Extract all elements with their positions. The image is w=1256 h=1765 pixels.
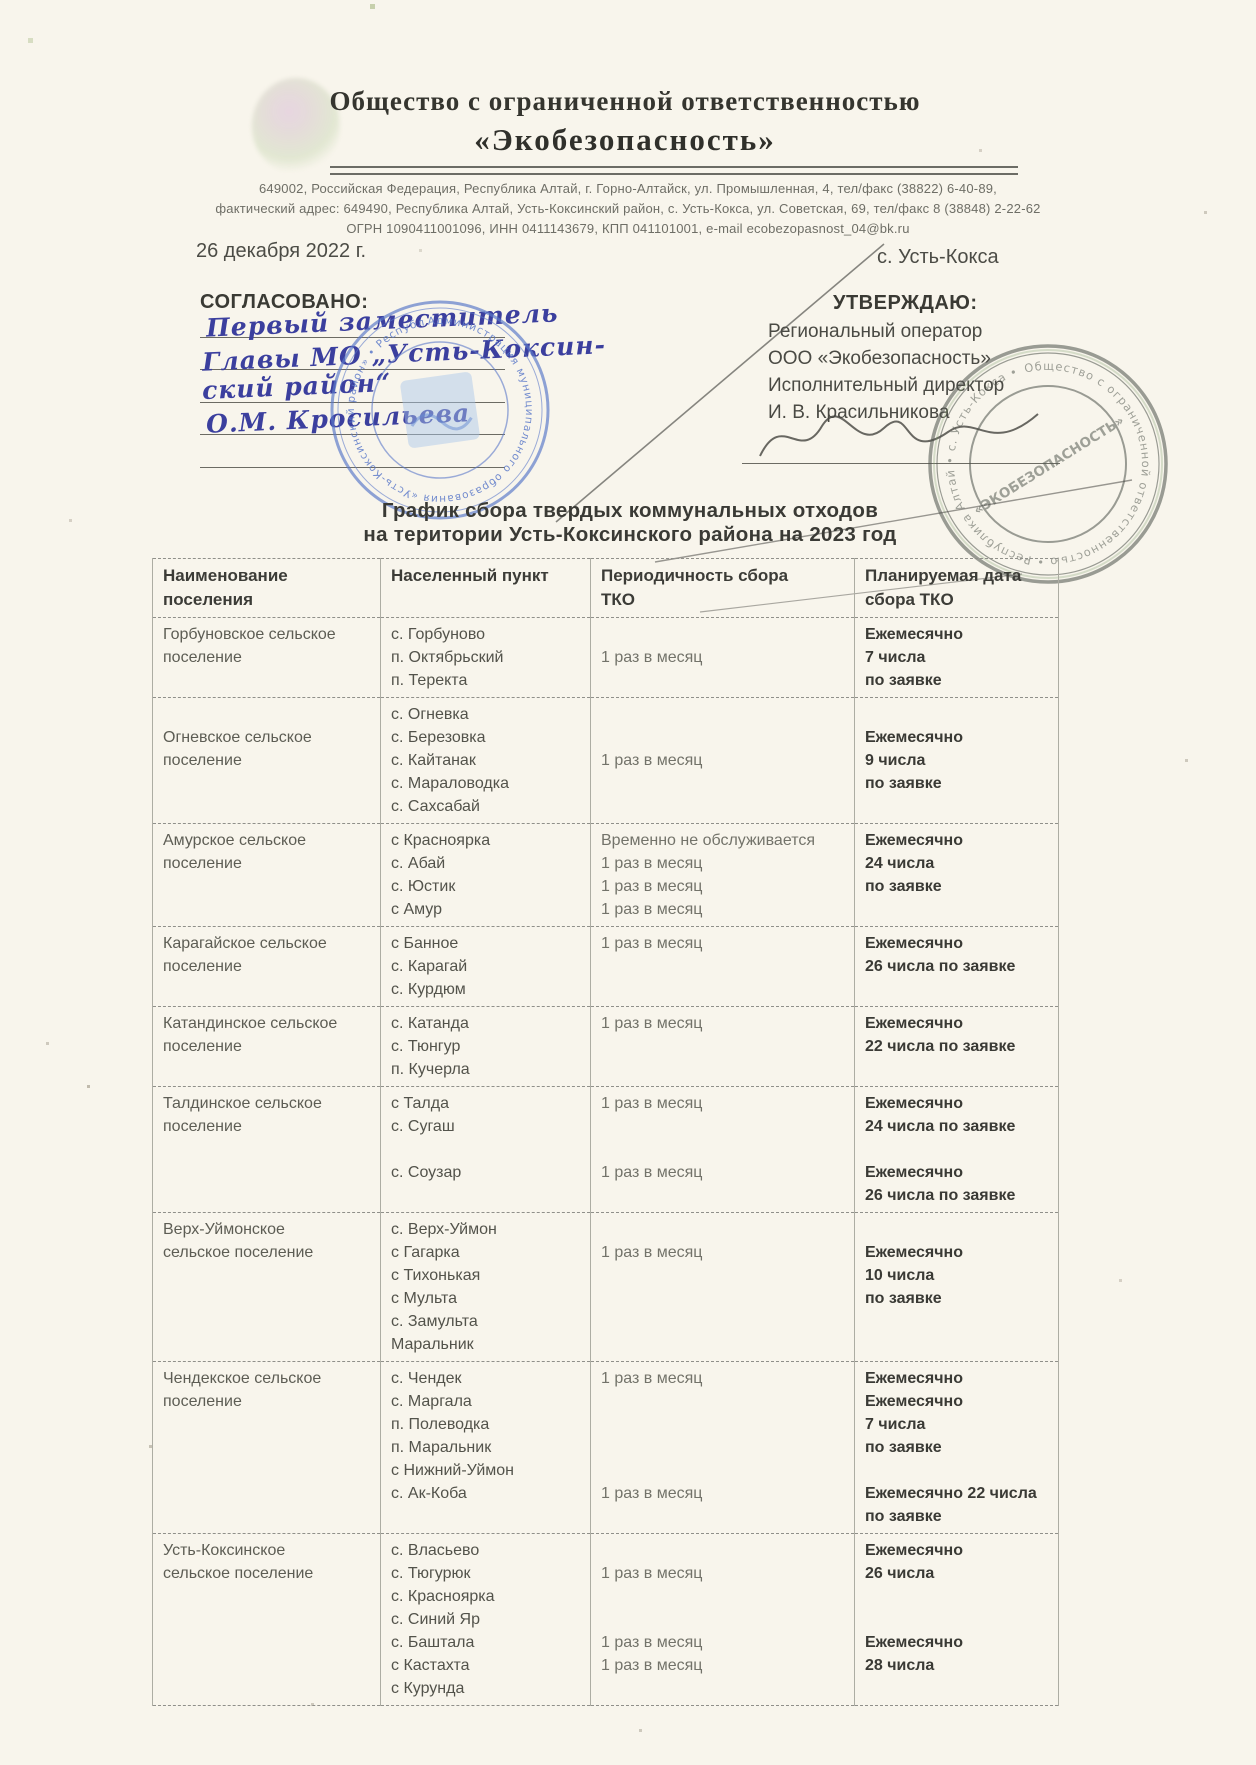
cell-line: поселение [163,955,370,978]
cell-settlement: Горбуновское сельскоепоселение [153,618,381,698]
header-locality: Населенный пункт [381,559,591,618]
cell-line: 1 раз в месяц [601,1482,844,1505]
document-title-line-2: на територии Усть-Коксинского района на … [280,523,980,547]
cell-line: 1 раз в месяц [601,932,844,955]
cell-line: 1 раз в месяц [601,852,844,875]
table-row: Катандинское сельскоепоселениес. Катанда… [153,1007,1059,1087]
cell-line: Катандинское сельское [163,1012,370,1035]
table-row: Амурское сельскоепоселениес Краснояркас.… [153,824,1059,927]
cell-line [601,1608,844,1631]
cell-line: с. Верх-Уймон [391,1218,580,1241]
cell-line [601,726,844,749]
cell-line [865,703,1048,726]
cell-line: с. Горбуново [391,623,580,646]
cell-line: с. Карагай [391,955,580,978]
cell-line: с. Соузар [391,1161,580,1184]
cell-line: 26 числа [865,1562,1048,1585]
cell-line: с Кастахта [391,1654,580,1677]
cell-line [601,1677,844,1700]
cell-line: с Амур [391,898,580,921]
cell-line: 1 раз в месяц [601,1241,844,1264]
cell-localities: с Банноес. Карагайс. Курдюм [381,927,591,1007]
cell-line: сельское поселение [163,1562,370,1585]
cell-line: 1 раз в месяц [601,1161,844,1184]
cell-localities: с. Огневкас. Березовкас. Кайтанакс. Мара… [381,698,591,824]
cell-line [601,1287,844,1310]
cell-line [601,1115,844,1138]
cell-line: с Гагарка [391,1241,580,1264]
cell-localities: с Талдас. Сугаш с. Соузар [381,1087,591,1213]
cell-line [601,795,844,818]
table-row: Огневское сельскоепоселениес. Огневкас. … [153,698,1059,824]
cell-line [865,1310,1048,1333]
cell-line [601,1310,844,1333]
cell-line: с. Березовка [391,726,580,749]
cell-line: поселение [163,1115,370,1138]
schedule-table: Наименование поселения Населенный пункт … [152,558,1059,1706]
cell-localities: с. Горбуновоп. Октябрьскийп. Теректа [381,618,591,698]
cell-date: Ежемесячно10 числапо заявке [855,1213,1059,1362]
cell-line: с. Тюгурюк [391,1562,580,1585]
cell-line: Ежемесячно [865,1631,1048,1654]
table-header-row: Наименование поселения Населенный пункт … [153,559,1059,618]
schedule-table-wrap: Наименование поселения Населенный пункт … [152,558,1059,1706]
cell-line [601,623,844,646]
cell-line: 1 раз в месяц [601,1092,844,1115]
cell-line: 9 числа [865,749,1048,772]
cell-line: 1 раз в месяц [601,875,844,898]
cell-line: Ежемесячно [865,726,1048,749]
cell-line: 1 раз в месяц [601,646,844,669]
cell-date: Ежемесячно22 числа по заявке [855,1007,1059,1087]
cell-line: 28 числа [865,1654,1048,1677]
cell-date: Ежемесячно9 числапо заявке [855,698,1059,824]
cell-settlement: Усть-Коксинскоесельское поселение [153,1534,381,1706]
cell-line: п. Полеводка [391,1413,580,1436]
cell-line: по заявке [865,1505,1048,1528]
cell-line: Ежемесячно [865,1161,1048,1184]
cell-line: поселение [163,852,370,875]
cell-line: поселение [163,749,370,772]
cell-line [601,978,844,1001]
cell-line: по заявке [865,1436,1048,1459]
cell-line [865,1459,1048,1482]
cell-localities: с. Власьевос. Тюгурюкс. Краснояркас. Син… [381,1534,591,1706]
cell-line: по заявке [865,875,1048,898]
cell-line: Карагайское сельское [163,932,370,955]
cell-line: Верх-Уймонское [163,1218,370,1241]
cell-line: 7 числа [865,646,1048,669]
cell-line: с. Сугаш [391,1115,580,1138]
cell-line: Ежемесячно [865,1367,1048,1390]
cell-line: п. Теректа [391,669,580,692]
cell-line: с. Сахсабай [391,795,580,818]
cell-date: ЕжемесячноЕжемесячно7 числапо заявке Еже… [855,1362,1059,1534]
letterhead-rule [330,166,1018,175]
cell-line: Ежемесячно [865,1241,1048,1264]
cell-line: Ежемесячно [865,829,1048,852]
cell-line [865,1677,1048,1700]
cell-line: 24 числа [865,852,1048,875]
cell-line: с. Курдюм [391,978,580,1001]
cell-date: Ежемесячно26 числа Ежемесячно28 числа [855,1534,1059,1706]
table-row: Талдинское сельскоепоселениес Талдас. Су… [153,1087,1059,1213]
cell-line [865,1585,1048,1608]
org-type-line: Общество с ограниченной ответственностью [150,86,1100,117]
cell-line [865,898,1048,921]
cell-line: Амурское сельское [163,829,370,852]
cell-line: п. Маральник [391,1436,580,1459]
cell-line: Ежемесячно 22 числа [865,1482,1048,1505]
cell-line [601,1333,844,1356]
cell-settlement: Катандинское сельскоепоселение [153,1007,381,1087]
org-name-line: «Экобезопасность» [150,122,1100,158]
cell-line: Временно не обслуживается [601,829,844,852]
cell-frequency: 1 раз в месяц [591,1213,855,1362]
cell-line [601,955,844,978]
cell-line [865,1333,1048,1356]
cell-line: по заявке [865,772,1048,795]
cell-date: Ежемесячно7 числапо заявке [855,618,1059,698]
cell-line: с. Кайтанак [391,749,580,772]
header-frequency: Периодичность сбора ТКО [591,559,855,618]
scan-speckles [0,0,1,1]
cell-line: 26 числа по заявке [865,1184,1048,1207]
cell-frequency: Временно не обслуживается1 раз в месяц1 … [591,824,855,927]
cell-localities: с Краснояркас. Абайс. Юстикс Амур [381,824,591,927]
cell-line: с Нижний-Уймон [391,1459,580,1482]
cell-line: 22 числа по заявке [865,1035,1048,1058]
cell-line: Ежемесячно [865,623,1048,646]
cell-line: с Банное [391,932,580,955]
cell-line [601,703,844,726]
cell-line: с. Юстик [391,875,580,898]
cell-line: с. Огневка [391,703,580,726]
cell-line: 1 раз в месяц [601,1631,844,1654]
cell-line: поселение [163,1390,370,1413]
cell-line [601,669,844,692]
cell-settlement: Карагайское сельскоепоселение [153,927,381,1007]
cell-frequency: 1 раз в месяц 1 раз в месяц1 раз в месяц [591,1534,855,1706]
scanned-document-page: Общество с ограниченной ответственностью… [0,0,1256,1765]
cell-line [391,1138,580,1161]
cell-line: 1 раз в месяц [601,1562,844,1585]
header-settlement: Наименование поселения [153,559,381,618]
cell-line: Ежемесячно [865,1539,1048,1562]
cell-line [601,1058,844,1081]
cell-line: Ежемесячно [865,1012,1048,1035]
cell-settlement: Верх-Уймонскоесельское поселение [153,1213,381,1362]
cell-line: с. Мараловодка [391,772,580,795]
cell-line: Усть-Коксинское [163,1539,370,1562]
cell-line: с. Катанда [391,1012,580,1035]
cell-settlement: Талдинское сельскоепоселение [153,1087,381,1213]
cell-line [865,978,1048,1001]
cell-date: Ежемесячно26 числа по заявке [855,927,1059,1007]
cell-settlement: Амурское сельскоепоселение [153,824,381,927]
cell-line: 1 раз в месяц [601,1012,844,1035]
table-row: Усть-Коксинскоесельское поселениес. Влас… [153,1534,1059,1706]
cell-line [601,1138,844,1161]
cell-localities: с. Верх-Уймонс Гагаркас Тихонькаяс Мульт… [381,1213,591,1362]
header-date: Планируемая дата сбора ТКО [855,559,1059,618]
cell-frequency: 1 раз в месяц [591,927,855,1007]
cell-line [601,1585,844,1608]
cell-line: сельское поселение [163,1241,370,1264]
cell-line: по заявке [865,669,1048,692]
cell-line: с. Баштала [391,1631,580,1654]
address-line-2: фактический адрес: 649490, Республика Ал… [63,199,1193,219]
table-row: Чендекское сельскоепоселениес. Чендекс. … [153,1362,1059,1534]
cell-line: Ежемесячно [865,932,1048,955]
cell-line: с. Власьево [391,1539,580,1562]
cell-localities: с. Катандас. Тюнгурп. Кучерла [381,1007,591,1087]
cell-frequency: 1 раз в месяц [591,698,855,824]
cell-line [601,1264,844,1287]
document-date: 26 декабря 2022 г. [196,240,366,263]
cell-line: с Тихонькая [391,1264,580,1287]
table-row: Горбуновское сельскоепоселениес. Горбуно… [153,618,1059,698]
cell-line: п. Октябрьский [391,646,580,669]
cell-line: по заявке [865,1287,1048,1310]
cell-line [865,1608,1048,1631]
cell-line: Талдинское сельское [163,1092,370,1115]
cell-line: Маральник [391,1333,580,1356]
cell-line: с. Ак-Коба [391,1482,580,1505]
cell-line [865,1058,1048,1081]
cell-line: Горбуновское сельское [163,623,370,646]
cell-line: п. Кучерла [391,1058,580,1081]
cell-frequency: 1 раз в месяц 1 раз в месяц [591,1362,855,1534]
cell-line [865,1218,1048,1241]
cell-line: с. Синий Яр [391,1608,580,1631]
cell-date: Ежемесячно24 числапо заявке [855,824,1059,927]
cell-line: Огневское сельское [163,726,370,749]
cell-line: 1 раз в месяц [601,1654,844,1677]
cell-localities: с. Чендекс. Маргалап. Полеводкап. Мараль… [381,1362,591,1534]
cell-line [601,1035,844,1058]
cell-line: с Мульта [391,1287,580,1310]
cell-line: с. Чендек [391,1367,580,1390]
cell-line: с Красноярка [391,829,580,852]
cell-line [601,1539,844,1562]
cell-line [601,1390,844,1413]
cell-line: с Талда [391,1092,580,1115]
cell-line [865,795,1048,818]
cell-line: 7 числа [865,1413,1048,1436]
cell-line: 10 числа [865,1264,1048,1287]
cell-line: Чендекское сельское [163,1367,370,1390]
cell-line: с. Замульта [391,1310,580,1333]
cell-line [163,703,370,726]
signature-line [200,467,505,468]
cell-line [865,1138,1048,1161]
cell-line: с. Маргала [391,1390,580,1413]
cell-line: 1 раз в месяц [601,1367,844,1390]
table-row: Верх-Уймонскоесельское поселениес. Верх-… [153,1213,1059,1362]
cell-line: 24 числа по заявке [865,1115,1048,1138]
cell-line [601,1459,844,1482]
handwritten-line: О.М. Кросильева [205,398,470,438]
document-title-line-1: График сбора твердых коммунальных отходо… [280,499,980,523]
cell-frequency: 1 раз в месяц [591,618,855,698]
cell-line: с. Тюнгур [391,1035,580,1058]
cell-line: 1 раз в месяц [601,749,844,772]
cell-settlement: Чендекское сельскоепоселение [153,1362,381,1534]
cell-line: Ежемесячно [865,1092,1048,1115]
cell-line: Ежемесячно [865,1390,1048,1413]
cell-frequency: 1 раз в месяц [591,1007,855,1087]
cell-line: с. Красноярка [391,1585,580,1608]
cell-line [601,1218,844,1241]
address-line-1: 649002, Российская Федерация, Республика… [63,179,1193,199]
cell-line: с. Абай [391,852,580,875]
table-row: Карагайское сельскоепоселениес Банноес. … [153,927,1059,1007]
cell-line: 26 числа по заявке [865,955,1048,978]
cell-frequency: 1 раз в месяц 1 раз в месяц [591,1087,855,1213]
cell-line [601,772,844,795]
document-title: График сбора твердых коммунальных отходо… [280,499,980,547]
cell-line [601,1436,844,1459]
cell-line: поселение [163,646,370,669]
cell-line: с Курунда [391,1677,580,1700]
schedule-table-body: Горбуновское сельскоепоселениес. Горбуно… [153,618,1059,1706]
cell-settlement: Огневское сельскоепоселение [153,698,381,824]
cell-line: поселение [163,1035,370,1058]
cell-date: Ежемесячно24 числа по заявке Ежемесячно2… [855,1087,1059,1213]
cell-line: 1 раз в месяц [601,898,844,921]
cell-line [601,1413,844,1436]
